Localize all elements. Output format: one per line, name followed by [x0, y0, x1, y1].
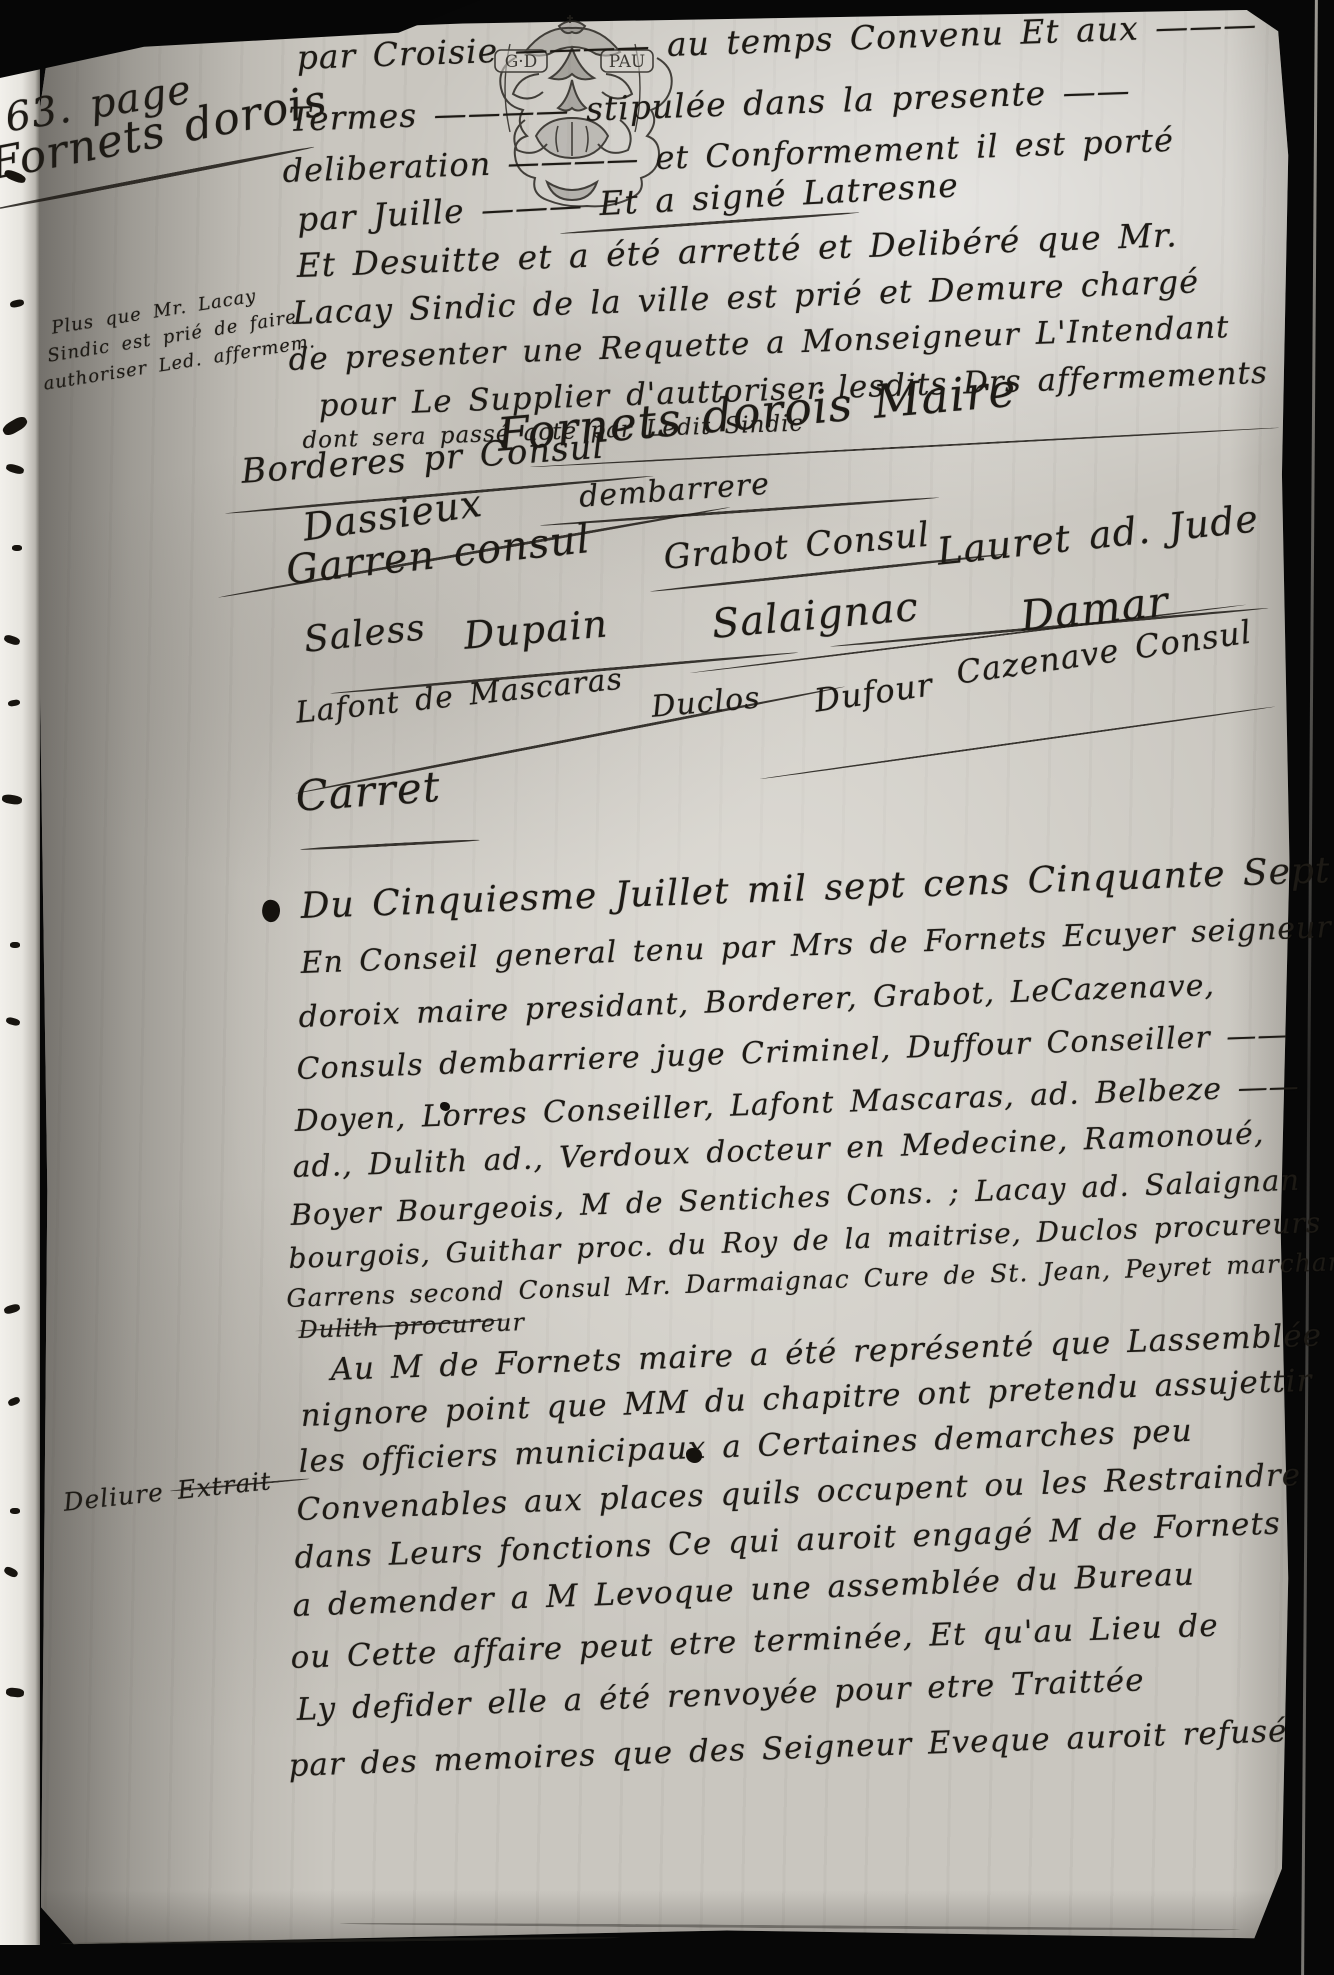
signature-carret: Carret — [294, 762, 442, 821]
edge-ink-fragment — [12, 545, 22, 551]
book-spine-seam — [1301, 0, 1318, 1975]
edge-ink-fragment — [10, 942, 20, 948]
ink-blot — [440, 1102, 450, 1111]
edge-ink-fragment — [10, 1508, 20, 1514]
manuscript-scan: G·D PAU 32 63. page Fornets dorois Plus … — [0, 0, 1334, 1975]
ink-blot — [686, 1448, 702, 1463]
previous-page-edge — [0, 50, 40, 1945]
